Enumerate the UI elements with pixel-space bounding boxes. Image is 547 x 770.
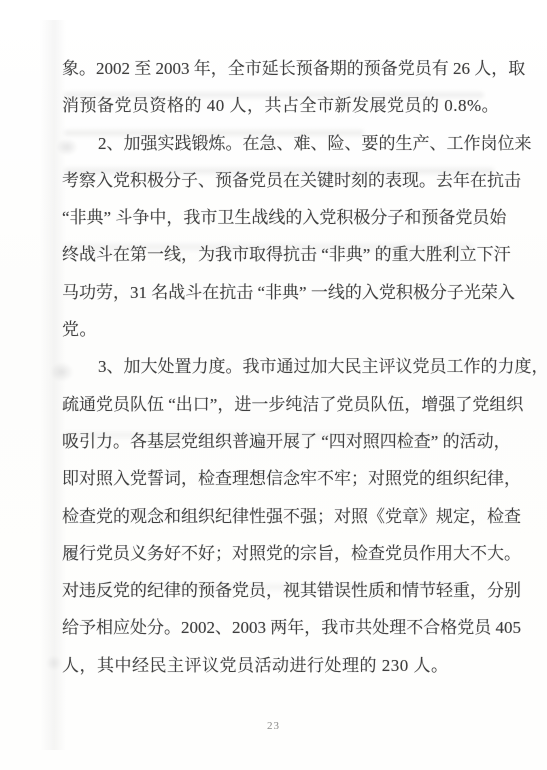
scanned-document-page: 象。2002 至 2003 年，全市延长预备期的预备党员有 26 人，取 消预备… (0, 0, 547, 770)
ink-smudge-artifact (46, 655, 62, 671)
text-line paragraph-start: 2、加强实践锻炼。在急、难、险、要的生产、工作岗位来 (62, 125, 506, 162)
text-line: 人，其中经民主评议党员活动进行处理的 230 人。 (62, 647, 506, 684)
text-line: 给予相应处分。2002、2003 两年，我市共处理不合格党员 405 (62, 609, 506, 646)
text-line: 对违反党的纪律的预备党员，视其错误性质和情节轻重，分别 (62, 572, 506, 609)
text-line: 终战斗在第一线，为我市取得抗击 “非典” 的重大胜利立下汗 (62, 236, 506, 273)
page-number: 23 (0, 720, 547, 732)
text-line: “非典” 斗争中，我市卫生战线的入党积极分子和预备党员始 (62, 199, 506, 236)
text-line: 疏通党员队伍 “出口”，进一步纯洁了党员队伍，增强了党组织 (62, 386, 506, 423)
text-line: 检查党的观念和组织纪律性强不强；对照《党章》规定，检查 (62, 498, 506, 535)
text-line paragraph-start: 3、加大处置力度。我市通过加大民主评议党员工作的力度， (62, 348, 506, 385)
text-line: 象。2002 至 2003 年，全市延长预备期的预备党员有 26 人，取 (62, 50, 506, 87)
text-line: 消预备党员资格的 40 人，共占全市新发展党员的 0.8%。 (62, 87, 506, 124)
text-line: 履行党员义务好不好；对照党的宗旨，检查党员作用大不大。 (62, 535, 506, 572)
text-line: 吸引力。各基层党组织普遍开展了 “四对照四检查” 的活动， (62, 423, 506, 460)
text-line: 马功劳，31 名战斗在抗击 “非典” 一线的入党积极分子光荣入 (62, 274, 506, 311)
text-line: 考察入党积极分子、预备党员在关键时刻的表现。去年在抗击 (62, 162, 506, 199)
body-text: 象。2002 至 2003 年，全市延长预备期的预备党员有 26 人，取 消预备… (62, 50, 506, 684)
text-line: 即对照入党誓词，检查理想信念牢不牢；对照党的组织纪律， (62, 460, 506, 497)
text-line: 党。 (62, 311, 506, 348)
